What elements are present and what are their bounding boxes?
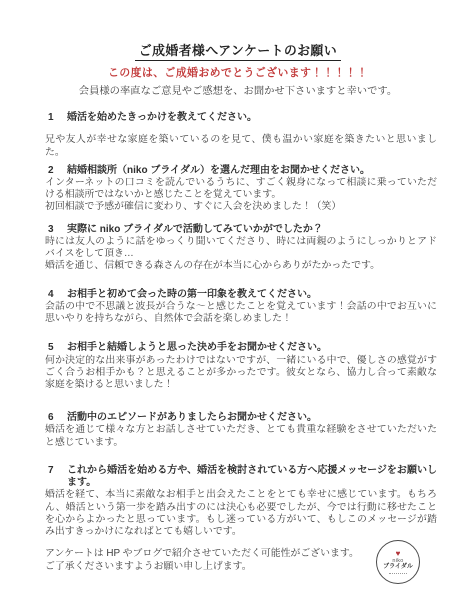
answer-block: 何か決定的な出来事があったわけではないですが、一緒にいる中で、優しさの感覚がすご… <box>45 355 437 392</box>
answer-paragraph: 婚活を経て、本当に素敵なお相手と出会えたことをとても幸せに感じています。もちろん… <box>45 489 437 538</box>
question-section: 3 実際に niko ブライダルで活動してみていかがでしたか？ 時には友人のよう… <box>45 224 437 273</box>
answer-block: 時には友人のように話をゆっくり聞いてくださり、時には両親のようにしっかりとアドバ… <box>45 236 437 273</box>
question-section: 1 婚活を始めたきっかけを教えてください。 兄や友人が幸せな家庭を築いているのを… <box>45 112 437 159</box>
question-number: 6 <box>48 412 54 424</box>
question-number: 1 <box>48 112 54 124</box>
question-section: 7 これから婚活を始める方や、婚活を検討されている方へ応援メッセージをお願いしま… <box>45 465 437 538</box>
question-label: お相手と結婚しようと思った決め手をお聞かせください。 <box>67 342 327 353</box>
logo-subtext-line <box>389 573 407 574</box>
logo-name-jp: ブライダル <box>383 564 413 571</box>
answer-paragraph: 会話の中で不思議と波長が合うな～と感じたことを覚えています！会話の中でお互いに思… <box>45 301 437 325</box>
page-title: ご成婚者様へアンケートのお願い <box>135 40 341 61</box>
question-number: 7 <box>48 465 54 477</box>
question-heading: 4 お相手と初めて会った時の第一印象を教えてください。 <box>45 289 437 301</box>
question-label: これから婚活を始める方や、婚活を検討されている方へ応援メッセージをお願いします。 <box>67 465 437 488</box>
question-section: 6 活動中のエピソードがありましたらお聞かせください。 婚活を通じて様々な方とお… <box>45 412 437 449</box>
question-heading: 1 婚活を始めたきっかけを教えてください。 <box>45 112 437 124</box>
answer-paragraph: 婚活を通じて様々な方とお話しさせていただき、とても貴重な経験をさせていただいたと… <box>45 424 437 448</box>
answer-block: 兄や友人が幸せな家庭を築いているのを見て、僕も温かい家庭を築きたいと思いました。 <box>45 124 437 158</box>
answer-paragraph: インターネットの口コミを読んでいるうちに、すごく親身になって相談に乗っていただけ… <box>45 177 437 201</box>
question-label: 実際に niko ブライダルで活動してみていかがでしたか？ <box>67 224 323 235</box>
question-heading: 3 実際に niko ブライダルで活動してみていかがでしたか？ <box>45 224 437 236</box>
answer-paragraph: 婚活を通じ、信頼できる森さんの存在が本当に心からありがたかったです。 <box>45 260 437 272</box>
answer-block: 会話の中で不思議と波長が合うな～と感じたことを覚えています！会話の中でお互いに思… <box>45 301 437 325</box>
question-number: 3 <box>48 224 54 236</box>
question-heading: 2 結婚相談所（niko ブライダル）を選んだ理由をお聞かせください。 <box>45 165 437 177</box>
question-label: お相手と初めて会った時の第一印象を教えてください。 <box>67 289 317 300</box>
question-number: 5 <box>48 342 54 354</box>
question-heading: 5 お相手と結婚しようと思った決め手をお聞かせください。 <box>45 342 437 354</box>
qa-list: 1 婚活を始めたきっかけを教えてください。 兄や友人が幸せな家庭を築いているのを… <box>45 112 437 538</box>
question-section: 5 お相手と結婚しようと思った決め手をお聞かせください。 何か決定的な出来事があ… <box>45 342 437 391</box>
answer-paragraph: 時には友人のように話をゆっくり聞いてくださり、時には両親のようにしっかりとアドバ… <box>45 236 437 260</box>
document-header: ご成婚者様へアンケートのお願い この度は、ご成婚おめでとうございます！！！！！ … <box>0 0 476 97</box>
question-label: 結婚相談所（niko ブライダル）を選んだ理由をお聞かせください。 <box>67 165 370 176</box>
congratulations-line: この度は、ご成婚おめでとうございます！！！！！ <box>0 65 476 80</box>
question-number: 2 <box>48 165 54 177</box>
question-label: 婚活を始めたきっかけを教えてください。 <box>67 112 257 123</box>
niko-bridal-logo: ♥ niko ブライダル <box>376 540 420 584</box>
heart-icon: ♥ <box>396 550 401 558</box>
question-heading: 6 活動中のエピソードがありましたらお聞かせください。 <box>45 412 437 424</box>
answer-paragraph: 初回相談で予感が確信に変わり、すぐに入会を決めました！（笑） <box>45 201 437 213</box>
answer-block: 婚活を通じて様々な方とお話しさせていただき、とても貴重な経験をさせていただいたと… <box>45 424 437 448</box>
question-heading: 7 これから婚活を始める方や、婚活を検討されている方へ応援メッセージをお願いしま… <box>45 465 437 490</box>
question-label: 活動中のエピソードがありましたらお聞かせください。 <box>67 412 317 423</box>
answer-block: インターネットの口コミを読んでいるうちに、すごく親身になって相談に乗っていただけ… <box>45 177 437 214</box>
answer-paragraph: 何か決定的な出来事があったわけではないですが、一緒にいる中で、優しさの感覚がすご… <box>45 355 437 392</box>
answer-paragraph: 兄や友人が幸せな家庭を築いているのを見て、僕も温かい家庭を築きたいと思いました。 <box>45 134 437 158</box>
question-number: 4 <box>48 289 54 301</box>
intro-line: 会員様の率直なご意見やご感想を、お聞かせ下さいますと幸いです。 <box>0 82 476 97</box>
questionnaire-document: ご成婚者様へアンケートのお願い この度は、ご成婚おめでとうございます！！！！！ … <box>0 0 476 600</box>
question-section: 2 結婚相談所（niko ブライダル）を選んだ理由をお聞かせください。 インター… <box>45 165 437 214</box>
answer-block: 婚活を経て、本当に素敵なお相手と出会えたことをとても幸せに感じています。もちろん… <box>45 489 437 538</box>
question-section: 4 お相手と初めて会った時の第一印象を教えてください。 会話の中で不思議と波長が… <box>45 289 437 326</box>
